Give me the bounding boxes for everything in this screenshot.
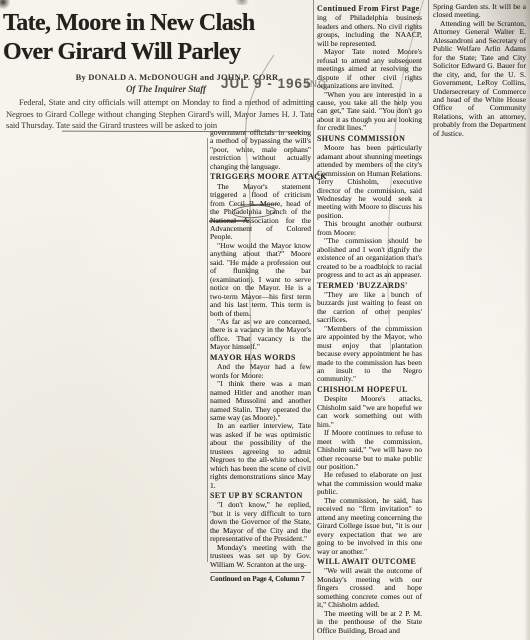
column-rule-left: [207, 138, 208, 562]
newspaper-clipping: Tate, Moore in New Clash Over Girard Wil…: [0, 0, 530, 640]
paragraph: "When you are interested in a cause, you…: [317, 91, 422, 133]
paragraph: Spring Garden sts. It will be a closed m…: [433, 3, 526, 20]
headline-line-2: Over Girard Will Parley: [3, 38, 271, 67]
paragraph: Mayor Tate noted Moore's refusal to atte…: [317, 48, 422, 90]
column-rule-middle: [313, 0, 314, 640]
paragraph: If Moore continues to refuse to meet wit…: [317, 429, 422, 471]
article-headline: Tate, Moore in New Clash Over Girard Wil…: [3, 9, 271, 67]
section-heading-shuns-commission: SHUNS COMMISSION: [317, 135, 422, 143]
column-middle: Continued From First Page ing of Philade…: [317, 3, 422, 635]
section-heading-termed-buzzards: TERMED 'BUZZARDS': [317, 282, 422, 290]
lead-paragraph: Federal, State and city officials will a…: [6, 97, 314, 132]
section-heading-triggers-moore-attack: TRIGGERS MOORE ATTACK: [210, 173, 311, 181]
paragraph: Moore has been particularly adamant abou…: [317, 144, 422, 220]
paragraph: "We will await the outcome of Monday's m…: [317, 567, 422, 609]
scan-smudge-top-center: [233, 0, 251, 5]
column-rule-right: [428, 0, 429, 530]
paragraph: "I don't know," he replied, "but it is v…: [210, 501, 311, 543]
paragraph: This brought another outburst from Moore…: [317, 220, 422, 237]
paragraph: And the Mayor had a few words for Moore:: [210, 363, 311, 380]
headline-line-1: Tate, Moore in New Clash: [3, 9, 271, 38]
section-heading-will-await-outcome: WILL AWAIT OUTCOME: [317, 558, 422, 566]
paragraph: Despite Moore's attacks, Chisholm said "…: [317, 395, 422, 429]
date-stamp: JUL 9 - 1965: [221, 76, 312, 91]
paragraph: government officials in seeking a method…: [210, 129, 311, 171]
continued-from-first-page-heading: Continued From First Page: [317, 5, 422, 13]
continued-on-page-notice: Continued on Page 4, Column 7: [210, 572, 311, 583]
paragraph: "The commission should be abolished and …: [317, 237, 422, 279]
section-heading-chisholm-hopeful: CHISHOLM HOPEFUL: [317, 386, 422, 394]
paragraph: The commission, he said, has received no…: [317, 497, 422, 556]
paragraph: In an earlier interview, Tate was asked …: [210, 422, 311, 490]
section-heading-set-up-by-scranton: SET UP BY SCRANTON: [210, 492, 311, 500]
paragraph: He refused to elaborate on just what the…: [317, 471, 422, 496]
scan-smudge-top-left: [0, 0, 11, 9]
column-left: government officials in seeking a method…: [210, 129, 311, 584]
column-right: Spring Garden sts. It will be a closed m…: [433, 3, 526, 138]
paragraph: ing of Philadelphia business leaders and…: [317, 14, 422, 48]
paragraph: "They are like a bunch of buzzards just …: [317, 291, 422, 325]
paragraph: "Members of the commission are appointed…: [317, 325, 422, 384]
paragraph: Monday's meeting with the trustees was s…: [210, 544, 311, 569]
pen-underline-lead: [62, 131, 309, 133]
pen-mark-philadelphia: [209, 220, 249, 223]
paragraph: Attending will be Scranton, Attorney Gen…: [433, 20, 526, 138]
paragraph: The meeting will be at 2 P. M. in the pe…: [317, 610, 422, 635]
paragraph: "I think there was a man named Hitler an…: [210, 380, 311, 422]
paragraph: "As far as we are concerned, there is a …: [210, 318, 311, 352]
paragraph: "How would the Mayor know anything about…: [210, 242, 311, 318]
section-heading-mayor-has-words: MAYOR HAS WORDS: [210, 354, 311, 362]
